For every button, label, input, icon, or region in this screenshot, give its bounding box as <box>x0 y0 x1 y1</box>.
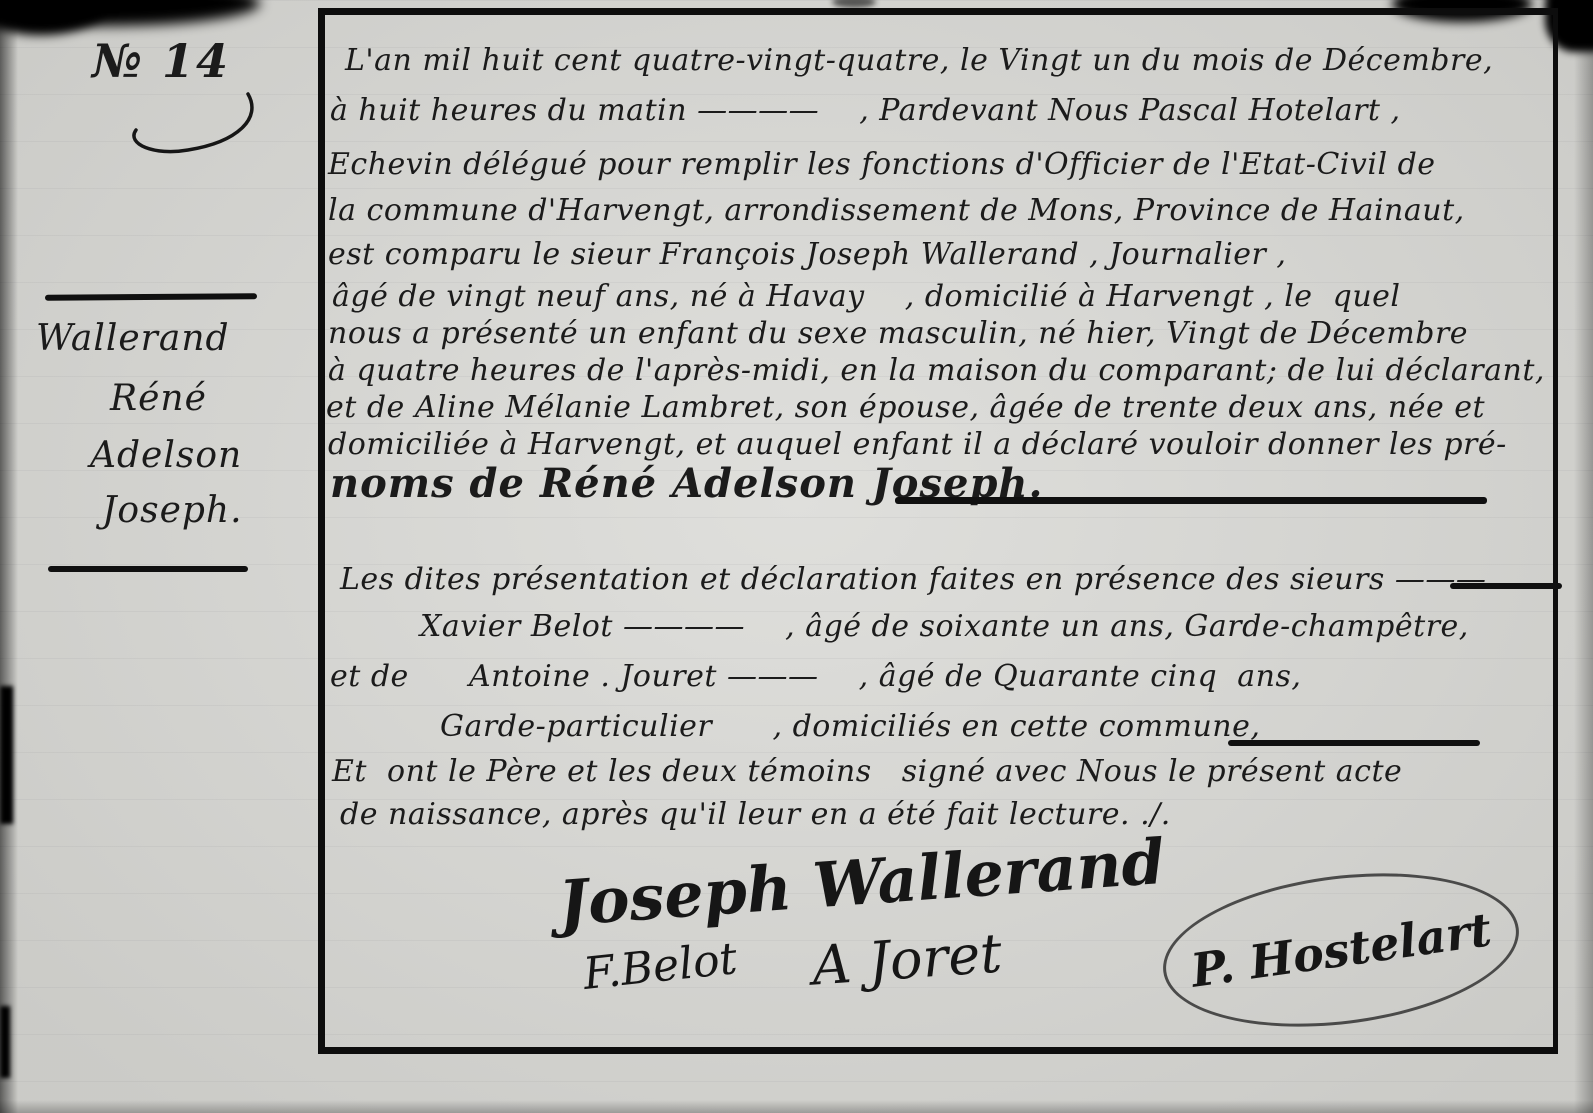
margin-rule-bottom <box>48 566 248 572</box>
act-line-14: et de Antoine . Jouret ——— , âgé de Quar… <box>330 660 1301 693</box>
act-line-3: Echevin délégué pour remplir les fonctio… <box>328 148 1436 181</box>
act-line-4: la commune d'Harvengt, arrondissement de… <box>328 194 1465 227</box>
act-line-5: est comparu le sieur François Joseph Wal… <box>328 238 1286 271</box>
act-number: № 14 <box>92 34 230 88</box>
margin-name-surname: Wallerand <box>36 318 230 359</box>
act-line-6: âgé de vingt neuf ans, né à Havay , domi… <box>332 280 1401 313</box>
scan-edge-left <box>0 0 18 1113</box>
scan-smudge-top-center <box>832 0 876 8</box>
scanned-birth-record-page: { "doc": { "act_number": "№ 14", "margin… <box>0 0 1593 1113</box>
scan-edge-left-mark <box>0 686 13 824</box>
act-number-flourish <box>120 90 270 165</box>
act-line-8: à quatre heures de l'après-midi, en la m… <box>328 354 1545 387</box>
signature-officer: P. Hostelart <box>1188 902 1495 998</box>
act-line-9: et de Aline Mélanie Lambret, son épouse,… <box>326 391 1485 424</box>
scan-edge-bottom <box>0 1100 1593 1113</box>
margin-name-second: Adelson <box>90 435 242 476</box>
act-line-7: nous a présenté un enfant du sexe mascul… <box>328 317 1468 350</box>
margin-name-third: Joseph. <box>102 490 243 531</box>
commune-filler-rule <box>1228 740 1480 746</box>
sieurs-filler-rule <box>1450 583 1562 589</box>
act-line-15: Garde-particulier , domiciliés en cette … <box>440 710 1260 743</box>
act-line-16: Et ont le Père et les deux témoins signé… <box>332 755 1402 788</box>
signature-witness-joret: A Joret <box>810 921 1004 997</box>
act-line-13: Xavier Belot ———— , âgé de soixante un a… <box>420 610 1469 643</box>
names-filler-rule <box>895 497 1487 504</box>
act-line-12: Les dites présentation et déclaration fa… <box>340 563 1486 596</box>
act-line-17: de naissance, après qu'il leur en a été … <box>340 798 1171 831</box>
margin-rule-top <box>45 293 257 300</box>
act-line-2: à huit heures du matin ———— , Pardevant … <box>330 94 1401 127</box>
scan-edge-right <box>1574 0 1593 1113</box>
act-line-1: L'an mil huit cent quatre-vingt-quatre, … <box>345 44 1493 77</box>
scan-edge-left-mark-2 <box>0 1006 10 1078</box>
act-line-10: domiciliée à Harvengt, et auquel enfant … <box>328 428 1507 461</box>
margin-name-first: Réné <box>110 378 207 419</box>
